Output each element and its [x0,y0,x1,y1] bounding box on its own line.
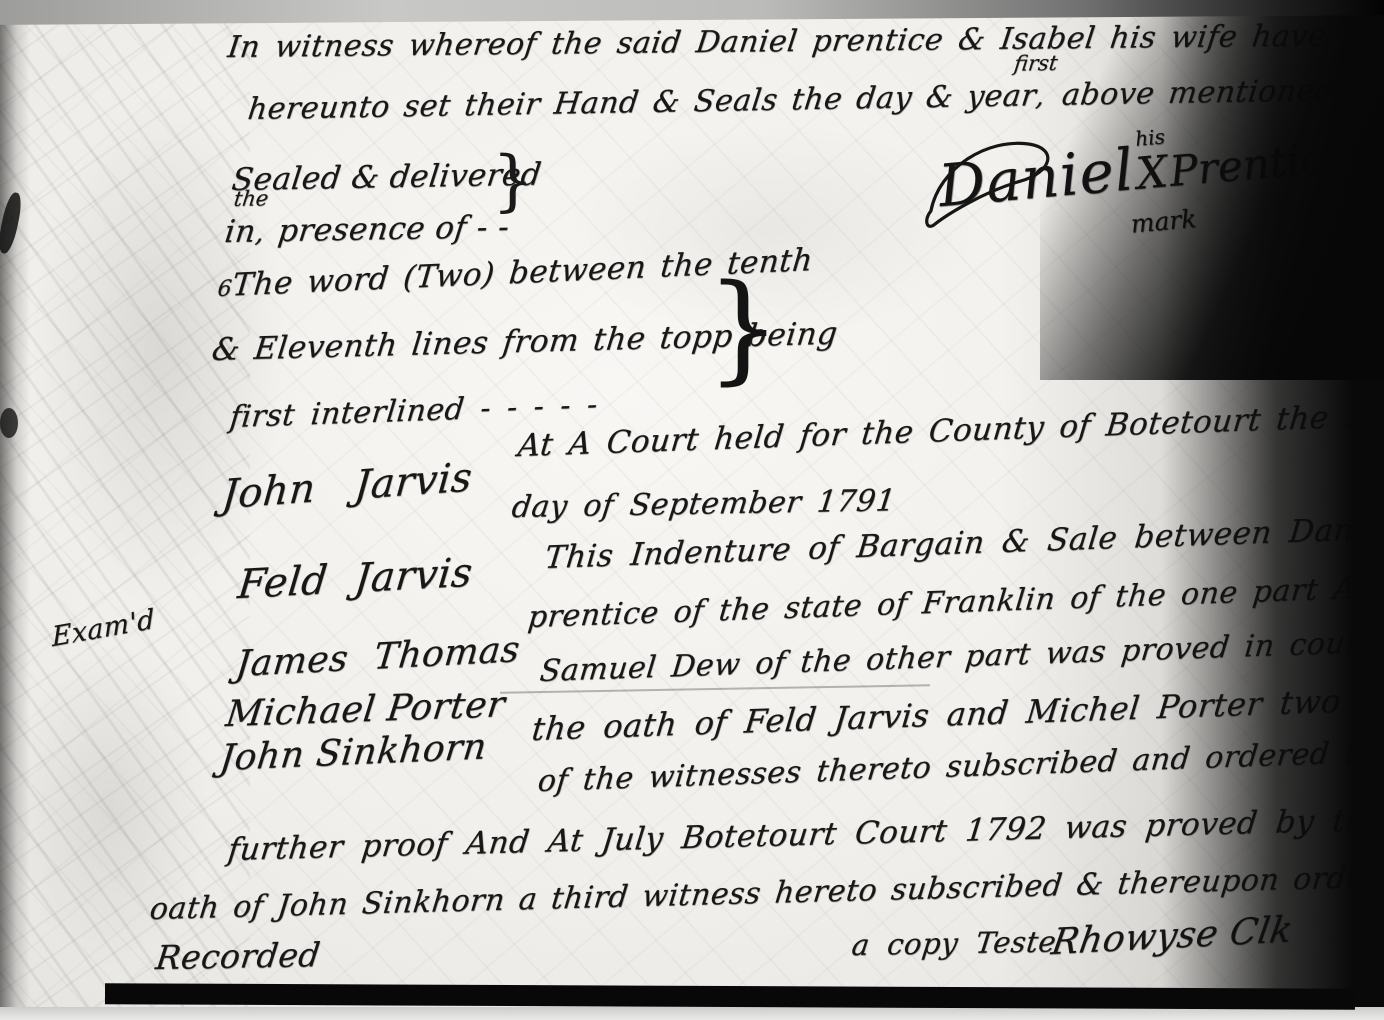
signature-x-mark: X [1134,146,1170,200]
presence-line: inthe, presence of - - [223,209,512,250]
signature-mark-label: mark [1130,204,1198,239]
ink-blot [0,408,18,438]
scanned-deed-record-page: In witness whereof the said Daniel prent… [0,0,1384,1020]
grantor-signature-block: DanielhisXPrentice mark [936,112,1384,223]
scanner-edge-bottom-bar [105,983,1355,1009]
signature-mark: hisX [1134,146,1170,200]
large-brace: } [706,258,781,396]
attestation-line-1: In witness whereof the said Daniel prent… [226,18,1329,65]
signature-flourish [917,127,1075,235]
signature-his-label: his [1134,124,1166,150]
caret-mark: , [1034,82,1046,112]
attestation-line-2-end: above mentioned [1060,73,1337,113]
court-record-line-6: the oath of Feld Jarvis and Michel Porte… [530,682,1343,748]
small-brace: } [492,142,534,219]
interlined-word-first: first, [1034,78,1050,113]
clerk-signature: Rhowyse Clk [1049,909,1296,963]
witness-signature-james-thomas: James Thomas [234,629,522,685]
witness-signature-john-jarvis: John Jarvis [220,454,474,518]
margin-note-examd: Exam'd [51,604,155,653]
signature-surname: Prentice [1167,132,1350,196]
court-record-line-8: further proof And At July Botetourt Cour… [226,802,1384,868]
pencil-hatching [0,0,250,1020]
court-record-line-2: day of September 1791 [510,483,898,525]
court-record-line-4: prentice of the state of Franklin of the… [526,570,1384,635]
witness-signature-feld-jarvis: Feld Jarvis [236,550,475,609]
copy-teste-line: a copy Teste [850,924,1058,962]
attestation-line-2-text: hereunto set their Hand & Seals the day … [246,78,1038,127]
interlined-word-first-text: first [1013,51,1059,76]
court-record-line-10: Recorded [154,935,323,977]
interlined-word-the-text: the [232,186,269,211]
presence-line-pre: in [223,213,258,250]
witness-signature-john-sinkhorn: John Sinkhorn [218,726,489,779]
attestation-line-2: hereunto set their Hand & Seals the day … [246,73,1337,127]
court-record-line-1: At A Court held for the County of Boteto… [516,397,1384,465]
presence-line-end: presence of - - [276,209,511,249]
court-record-line-5: Samuel Dew of the other part was proved … [538,623,1384,689]
page-left-edge-shadow [0,0,30,1020]
wax-seal-icon [1358,140,1384,186]
